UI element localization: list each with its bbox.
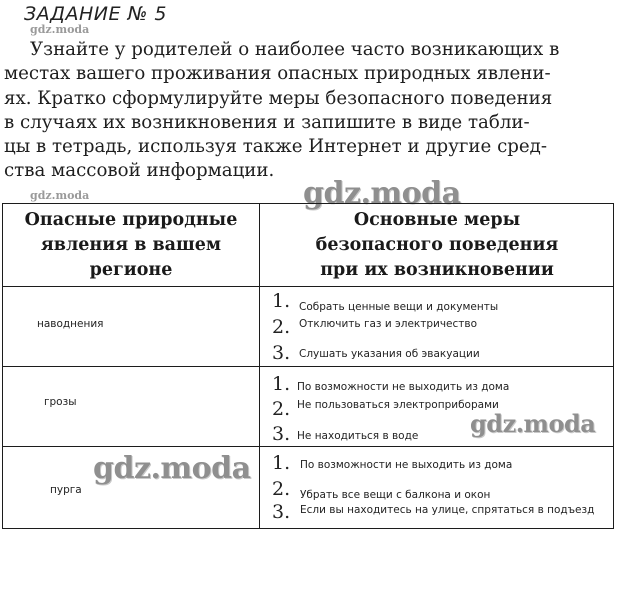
measure-text: Не пользоваться электроприборами: [297, 399, 499, 411]
measure-number: 3.: [272, 423, 290, 445]
measure-text: Отключить газ и электричество: [299, 318, 477, 330]
header-line: Основные меры: [262, 208, 612, 233]
measure-text: Если вы находитесь на улице, спрятаться …: [300, 504, 594, 516]
measure-text: Слушать указания об эвакуации: [299, 348, 480, 360]
instruction-line: Узнайте у родителей о наиболее часто воз…: [4, 38, 616, 62]
row-divider: [2, 366, 614, 367]
measure-text: По возможности не выходить из дома: [300, 459, 512, 471]
instruction-line: в случаях их возникновения и запишите в …: [4, 111, 616, 135]
instruction-line: местах вашего проживания опасных природн…: [4, 62, 616, 86]
measure-text: Не находиться в воде: [297, 430, 418, 442]
header-line: явления в вашем: [4, 233, 258, 258]
watermark-small-top: gdz.moda: [30, 23, 89, 36]
row-divider: [2, 286, 614, 287]
measure-number: 1.: [272, 290, 290, 312]
measure-number: 3.: [272, 501, 290, 523]
header-measures: Основные меры безопасного поведения при …: [262, 208, 612, 283]
measure-text: Убрать все вещи с балкона и окон: [300, 489, 490, 501]
row-divider: [2, 446, 614, 447]
measure-text: По возможности не выходить из дома: [297, 381, 509, 393]
header-line: безопасного поведения: [262, 233, 612, 258]
phenomenon-thunderstorms: грозы: [44, 396, 76, 408]
watermark-big-row3: gdz.moda: [93, 451, 251, 486]
header-phenomena: Опасные природные явления в вашем регион…: [4, 208, 258, 283]
measure-number: 3.: [272, 342, 290, 364]
phenomenon-floods: наводнения: [37, 318, 104, 330]
task-instructions: Узнайте у родителей о наиболее часто воз…: [4, 38, 616, 184]
header-line: при их возникновении: [262, 258, 612, 283]
header-line: регионе: [4, 258, 258, 283]
watermark-big-row2: gdz.moda: [470, 409, 595, 438]
task-title: ЗАДАНИЕ № 5: [24, 3, 167, 25]
instruction-line: цы в тетрадь, используя также Интернет и…: [4, 135, 616, 159]
watermark-small-table: gdz.moda: [30, 189, 89, 202]
header-line: Опасные природные: [4, 208, 258, 233]
measure-number: 2.: [272, 316, 290, 338]
phenomenon-blizzard: пурга: [50, 484, 82, 496]
measure-number: 1.: [272, 373, 290, 395]
measure-text: Собрать ценные вещи и документы: [299, 301, 498, 313]
instruction-line: ях. Кратко сформулируйте меры безопасног…: [4, 87, 616, 111]
measure-number: 1.: [272, 452, 290, 474]
measure-number: 2.: [272, 478, 290, 500]
measure-number: 2.: [272, 398, 290, 420]
